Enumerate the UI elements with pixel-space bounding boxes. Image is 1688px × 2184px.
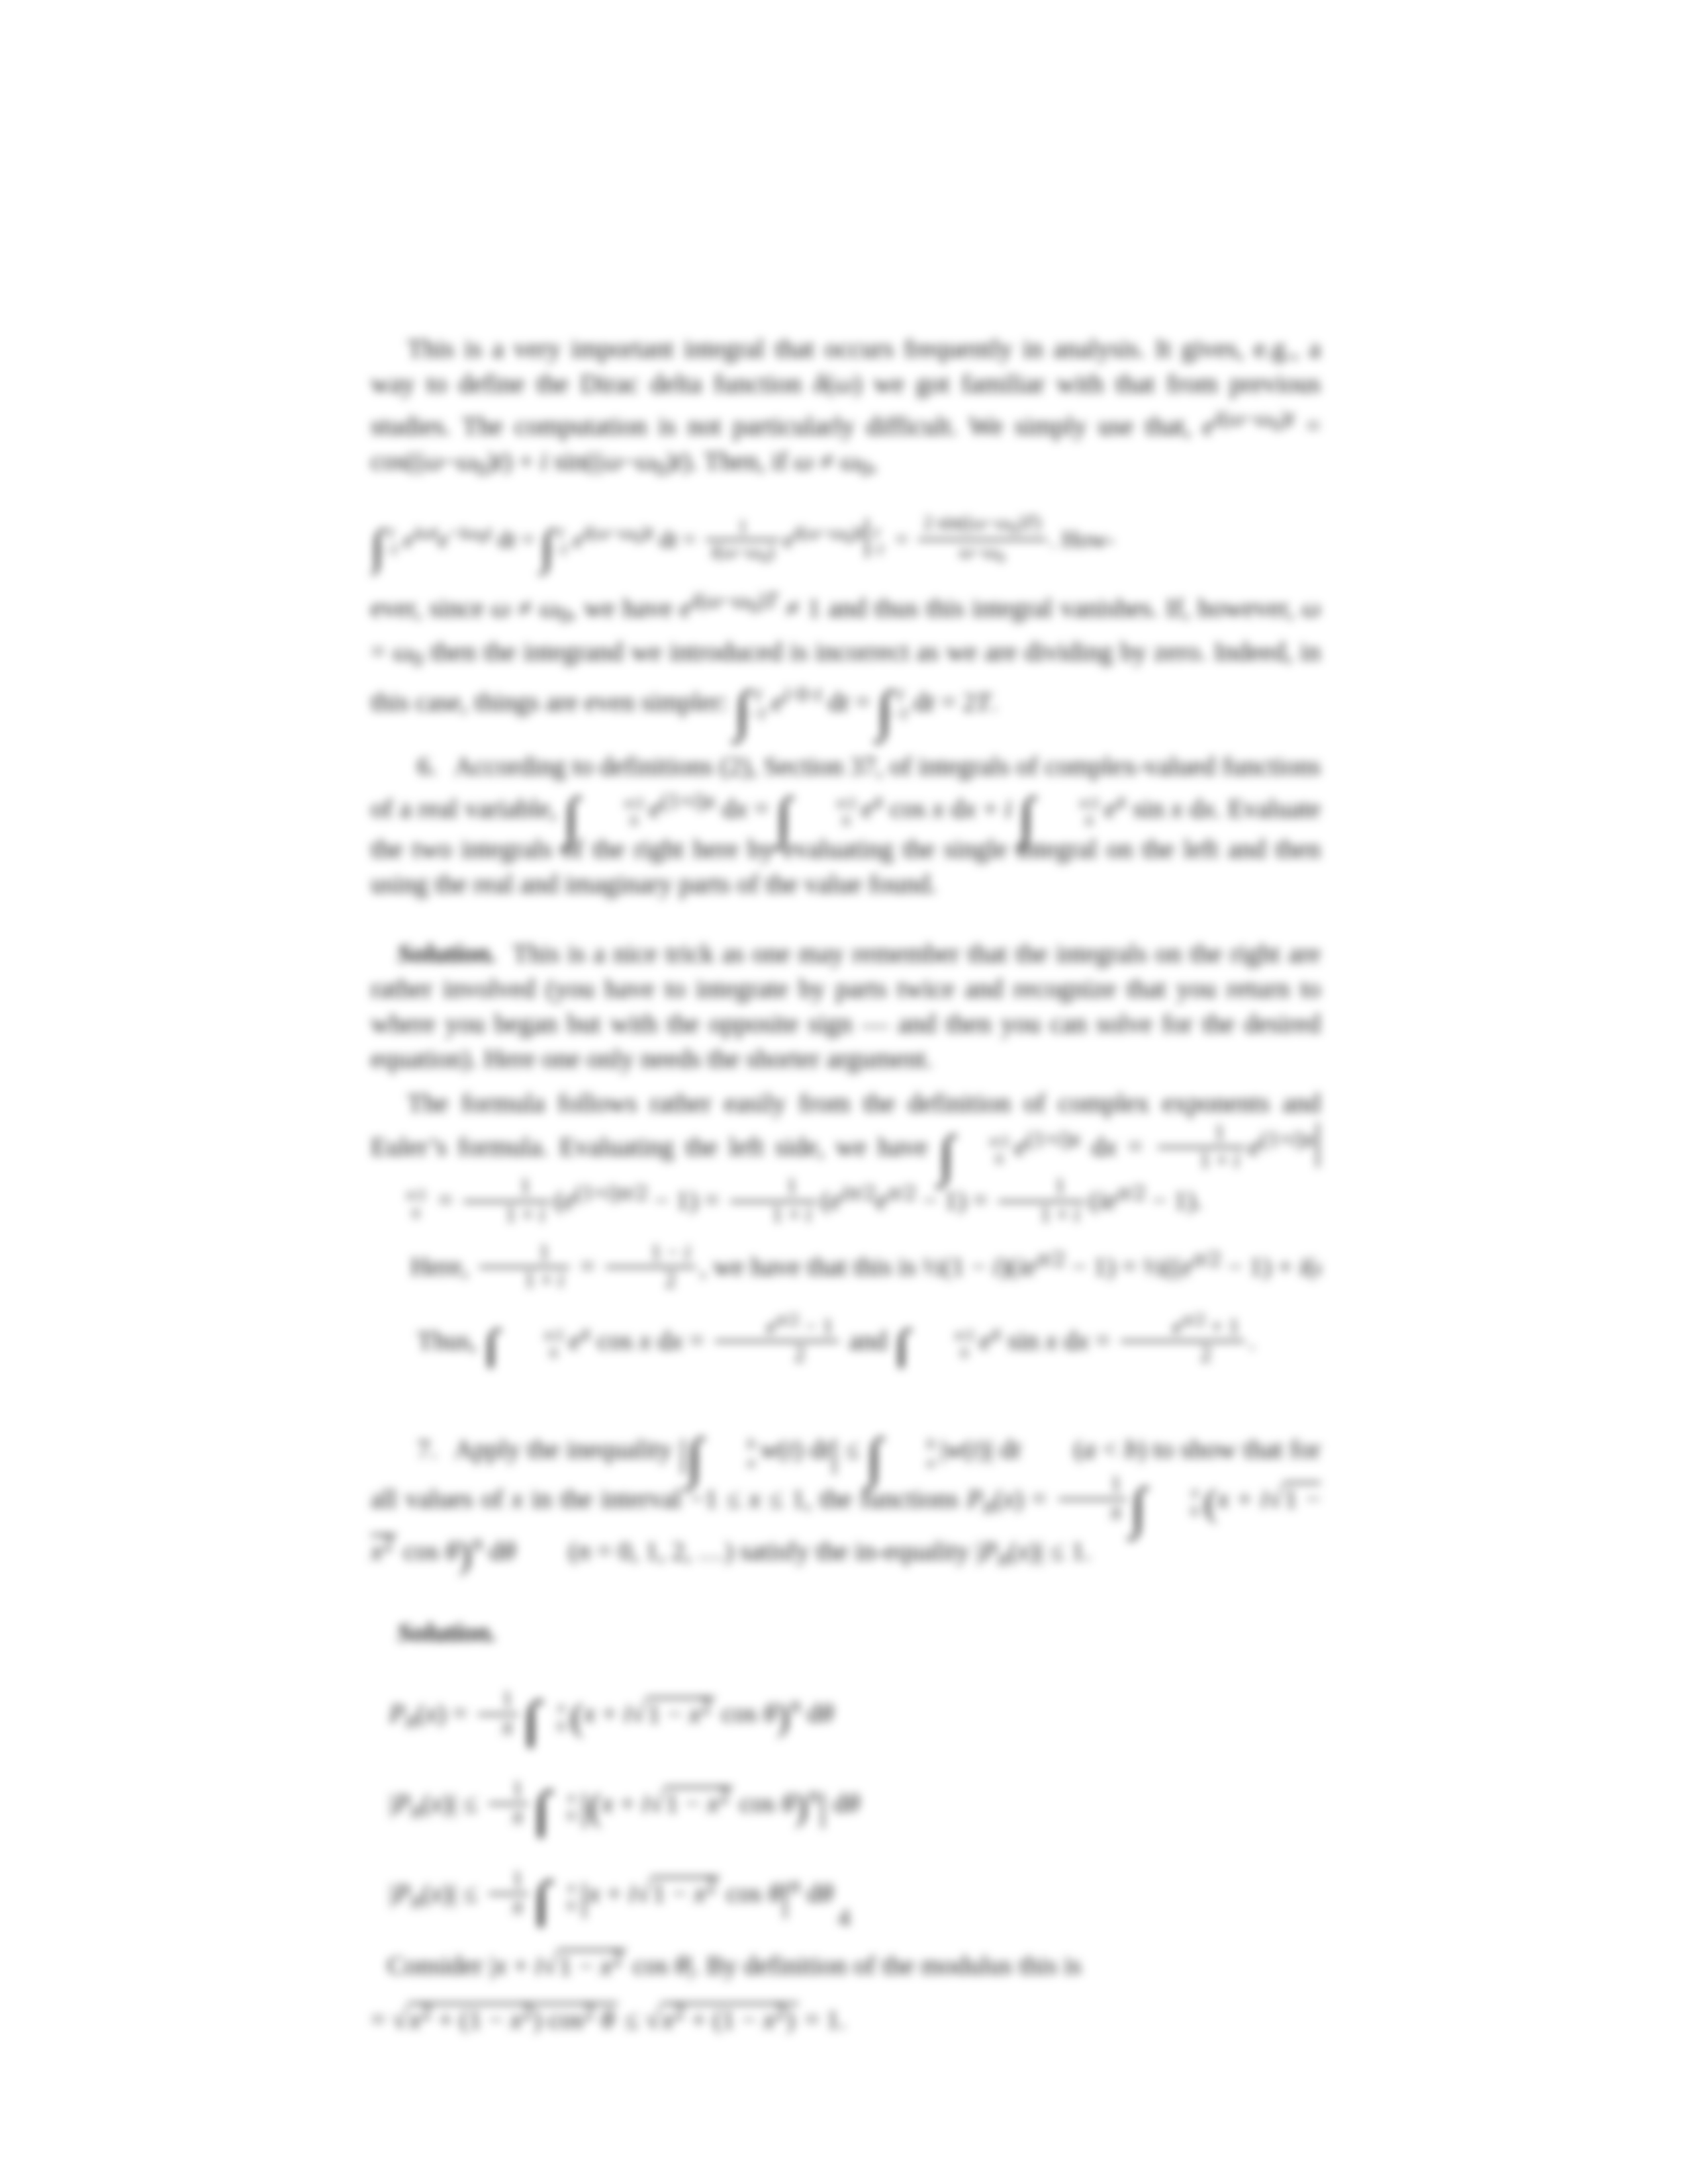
solution-6-remark-text: This is a nice trick as one may remember… [371,938,1321,1073]
page-number: 4 [0,1903,1688,1933]
solution-7-consider-line: Consider |x + i√1 − x2 cos θ|. By defini… [371,1940,1321,1983]
problem-7-text: Apply the inequality |∫baw(t) dt| ≤ ∫ba|… [371,1434,1321,1566]
intro-continuation-paragraph: ever, since ω ≠ ω0, we have ei(ω−ω0)T ≠ … [371,583,1321,724]
solution-7-equation-2: |Pn(x)| ≤ 1π∫π0|(x + i√1 − x2 cos θ)n| d… [371,1770,1321,1838]
solution-6-evaluation-paragraph: The formula follows rather easily from t… [371,1085,1321,1228]
solution-7-heading: Solution. [371,1615,1321,1650]
solution-6-reduction-line: Here, 11 + i = 1 − i2, we have that this… [371,1240,1321,1295]
page-content: This is a very important integral that o… [371,331,1321,2038]
solution-7-equation-1: Pn(x) = 1π∫π0(x + i√1 − x2 cos θ)n dθ [371,1680,1321,1748]
document-page: This is a very important integral that o… [0,0,1688,2184]
solution-6-remark: Solution.This is a nice trick as one may… [371,936,1321,1076]
problem-6: 6.According to definitions (2), Section … [371,749,1321,901]
solution-7-bound-line: = √x2 + (1 − x2) cos2 θ ≤ √x2 + (1 − x2)… [371,1995,1321,2038]
problem-7-number: 7. [417,1434,437,1464]
problem-6-text: According to definitions (2), Section 37… [371,751,1321,899]
delta-integral-equation: ∫T−Teiωte−iω0t dt = ∫T−Tei(ω−ω0)t dt = 1… [371,504,1321,575]
problem-7: 7.Apply the inequality |∫baw(t) dt| ≤ ∫b… [371,1432,1321,1576]
solution-7-label: Solution. [397,1617,496,1647]
solution-6-label: Solution. [397,938,496,968]
intro-paragraph: This is a very important integral that o… [371,331,1321,486]
solution-6-results-line: Thus, ∫π/20ex cos x dx = eπ/2 − 12 and ∫… [371,1309,1321,1369]
problem-6-number: 6. [417,751,437,781]
